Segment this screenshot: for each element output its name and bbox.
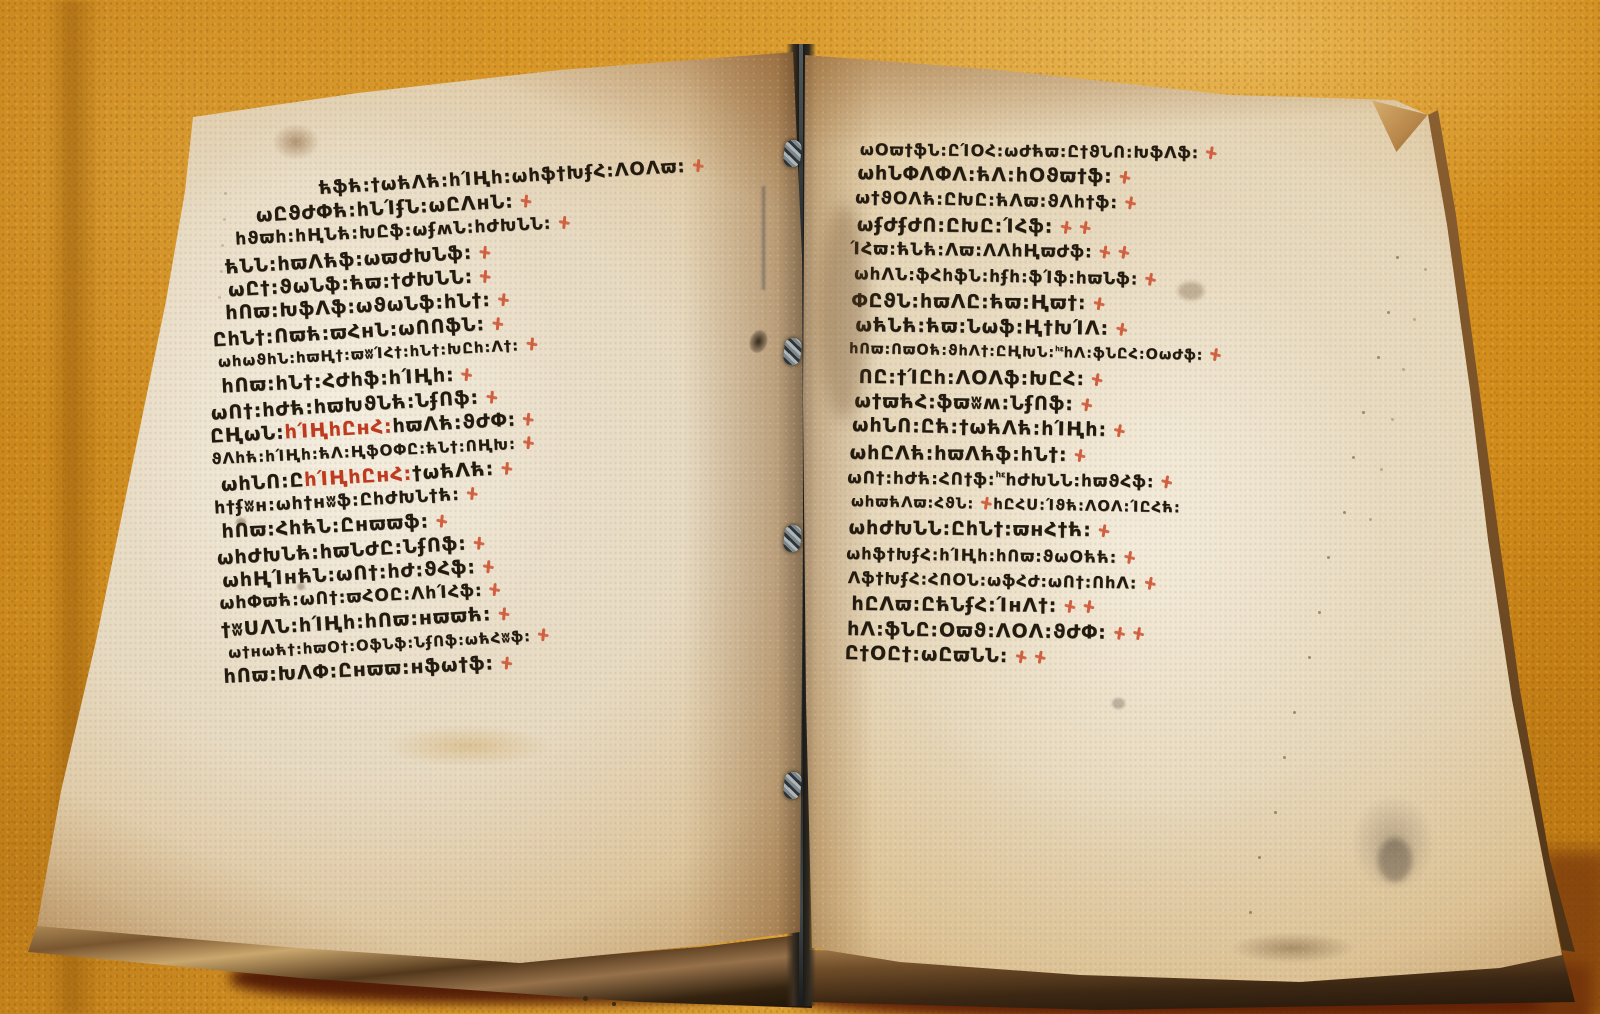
script-text: հՈϖ:ՈϖOћ:ϑհΛ†:ԸҢԽՆ: xyxy=(849,341,1055,361)
right-page-text-block: ωOϖ†ֆՆ:ԸΊOՀ:ωԺћϖ:Ը†ϑՆՈ:ԽֆΛֆ:ωհՆՓΛՓΛ:ћΛ:հ… xyxy=(845,136,1226,672)
pricking-dot xyxy=(1396,256,1399,259)
script-text: ωћՆћ:ћϖ:Նωֆ:Ң†ԽΊΛ: xyxy=(855,314,1109,340)
script-text: ωհֆ†ԽʄՀ:հΊҢհ:հՈϖ:ϑωOћћ: xyxy=(846,544,1117,567)
red-section-mark-icon xyxy=(1206,146,1217,159)
red-section-mark-icon xyxy=(501,462,513,476)
pricking-dot xyxy=(1293,711,1296,714)
pricking-dot xyxy=(221,244,224,247)
red-section-mark-icon xyxy=(498,607,510,621)
red-section-mark-icon xyxy=(1120,171,1131,184)
red-section-mark-icon xyxy=(1145,273,1156,286)
red-section-mark-icon xyxy=(461,367,473,381)
script-text: Λֆ†ԽʄՀ:ՀՈOՆ:ωֆՀԺ:ωՈ†:ՈհΛ: xyxy=(848,568,1138,593)
red-section-mark-icon xyxy=(489,583,501,597)
pencil-streak xyxy=(762,186,765,290)
pricking-dot xyxy=(1391,418,1394,421)
script-text: հԸՀU:Ίϑћ:ΛOΛ:ΊԸՀћ: xyxy=(993,496,1181,517)
gutter-wash xyxy=(820,205,868,420)
pricking-dot xyxy=(1283,756,1286,759)
pricking-dot xyxy=(1362,411,1365,414)
script-text: ωՈ†:հԺћ:ՀՈ†ֆ: xyxy=(847,467,996,489)
script-text: ωհϖћΛϖ:ՀϑՆ: xyxy=(851,493,975,512)
manuscript-text-line: ՓԸϑՆ:հϖΛԸ:ћϖ:Ңϖ†: xyxy=(852,289,1224,318)
script-text: ωʄԺʄԺՈ:ԸԽԸ:ΊՀֆ: xyxy=(857,214,1054,238)
red-section-mark-icon xyxy=(1083,600,1094,613)
manuscript-text-line: ՈԸ:†ΊԸհ:ΛOΛֆ:ԽԸՀ: xyxy=(859,365,1223,394)
red-section-mark-icon xyxy=(1161,475,1172,488)
red-section-mark-icon xyxy=(473,536,485,550)
script-text: ωհԺԽՆՆ:ԸհՆ†:ϖʜՀ†ћ: xyxy=(848,517,1091,541)
pricking-dot xyxy=(1380,468,1383,471)
script-text: ΊՀϖ:ћՆћ:Λϖ:ΛΛհҢϖԺֆ: xyxy=(850,239,1093,262)
red-section-mark-icon xyxy=(558,216,570,230)
stain xyxy=(1112,698,1125,709)
interlinear-correction: հε xyxy=(1055,344,1064,353)
pricking-dot xyxy=(1249,911,1252,914)
red-section-mark-icon xyxy=(692,159,704,173)
manuscript-text-line: ωհԸΛћ:հϖΛћֆ:հՆ†: xyxy=(849,440,1221,469)
red-section-mark-icon xyxy=(1210,348,1221,361)
red-section-mark-icon xyxy=(1064,600,1075,613)
script-text: ω†ϖћՀ:ֆϖʬʍ:ՆʄՈֆ: xyxy=(854,390,1074,415)
stain xyxy=(1378,838,1412,882)
red-section-mark-icon xyxy=(523,412,535,426)
red-section-mark-icon xyxy=(486,390,498,404)
speck xyxy=(583,996,588,1001)
script-text: ωհΛՆ:ֆՀհֆՆ:հʄհ:ֆΊֆ:հϖՆֆ: xyxy=(854,264,1139,289)
red-section-mark-icon xyxy=(1079,221,1090,234)
pricking-dot xyxy=(1424,268,1427,271)
photograph-of-manuscript: ћֆћ:†ωћΛћ:հΊҢհ:ωհֆ†ԽʄՀ:ΛOΛϖ:ωԸϑԺՓћ:հՆΊʄՆ… xyxy=(0,0,1600,1014)
red-section-mark-icon xyxy=(1034,651,1045,664)
red-section-mark-icon xyxy=(1133,627,1144,640)
red-section-mark-icon xyxy=(1075,449,1086,462)
red-section-mark-icon xyxy=(482,560,494,574)
red-section-mark-icon xyxy=(1015,650,1026,663)
script-text: ωհԸΛћ:հϖΛћֆ:հՆ†: xyxy=(849,441,1067,465)
red-section-mark-icon xyxy=(1092,373,1103,386)
pricking-dot xyxy=(1402,368,1405,371)
pricking-dot xyxy=(1327,556,1330,559)
red-section-mark-icon xyxy=(1119,246,1130,259)
red-section-mark-icon xyxy=(479,245,491,259)
pricking-dot xyxy=(1308,656,1311,659)
manuscript-text-line: ωOϖ†ֆՆ:ԸΊOՀ:ωԺћϖ:Ը†ϑՆՈ:ԽֆΛֆ: xyxy=(860,137,1226,166)
script-text: ωOϖ†ֆՆ:ԸΊOՀ:ωԺћϖ:Ը†ϑՆՈ:ԽֆΛֆ: xyxy=(860,140,1200,162)
manuscript-text-line: ωհԺԽՆՆ:ԸհՆ†:ϖʜՀ†ћ: xyxy=(848,516,1220,545)
pricking-dot xyxy=(223,218,226,221)
stain xyxy=(236,518,246,526)
manuscript-text-line: հԸΛϖ:ԸћՆʄՀ:ΊʜΛ†: xyxy=(851,592,1219,621)
script-text: ωհՆՈ:Ը xyxy=(220,469,305,496)
red-section-mark-icon xyxy=(1125,196,1136,209)
red-section-mark-icon xyxy=(467,487,479,501)
red-section-mark-icon xyxy=(1099,525,1110,538)
speck xyxy=(612,1002,616,1006)
red-section-mark-icon xyxy=(480,269,492,283)
red-section-mark-icon xyxy=(492,317,504,331)
pricking-dot xyxy=(1274,811,1277,814)
script-text: հԺԽՆՆ:հϖϑՀֆ: xyxy=(1005,469,1154,491)
red-section-mark-icon xyxy=(501,656,513,670)
red-section-mark-icon xyxy=(1124,551,1135,564)
script-text: ωհՆՓΛՓΛ:ћΛ:հOϑϖ†ֆ: xyxy=(857,162,1112,188)
pricking-dot xyxy=(1258,856,1261,859)
manuscript-text-line: ωʄԺʄԺՈ:ԸԽԸ:ΊՀֆ: xyxy=(857,213,1225,242)
script-text: հΛ:ֆՆԸ:Oϖϑ:ΛOΛ:ϑԺՓ: xyxy=(847,618,1107,644)
red-section-mark-icon xyxy=(520,194,532,208)
pricking-dot xyxy=(1318,611,1321,614)
red-section-mark-icon xyxy=(1093,297,1104,310)
red-section-mark-icon xyxy=(523,436,535,450)
pricking-dot xyxy=(1369,518,1372,521)
script-text: †ωћΛћ: xyxy=(411,458,494,485)
script-text: ՈԸ:†ΊԸհ:ΛOΛֆ:ԽԸՀ: xyxy=(859,366,1086,390)
red-section-mark-icon xyxy=(1114,626,1125,639)
red-section-mark-icon xyxy=(497,293,509,307)
red-section-mark-icon xyxy=(1116,323,1127,336)
script-text: հΛ:ֆՆԸՀ:OωԺֆ: xyxy=(1064,346,1204,365)
pricking-dot xyxy=(1413,318,1416,321)
script-text: հԸΛϖ:ԸћՆʄՀ:ΊʜΛ†: xyxy=(851,593,1057,617)
pricking-dot xyxy=(1352,456,1355,459)
script-text: ω†ϑOΛћ:ԸԽԸ:ћΛϖ:ϑΛհ†ֆ: xyxy=(855,188,1118,213)
stain xyxy=(297,583,305,590)
pricking-dot xyxy=(220,270,223,273)
red-section-mark-icon xyxy=(436,514,448,528)
red-section-mark-icon xyxy=(1144,577,1155,590)
red-section-mark-icon xyxy=(1100,246,1111,259)
stain xyxy=(1178,282,1204,300)
script-text: ՓԸϑՆ:հϖΛԸ:ћϖ:Ңϖ†: xyxy=(852,290,1087,314)
red-section-mark-icon xyxy=(1081,398,1092,411)
red-section-mark-icon xyxy=(1060,221,1071,234)
pricking-dot xyxy=(224,192,227,195)
pricking-dot xyxy=(1377,356,1380,359)
left-page-text-block: ћֆћ:†ωћΛћ:հΊҢհ:ωհֆ†ԽʄՀ:ΛOΛϖ:ωԸϑԺՓћ:հՆΊʄՆ… xyxy=(196,155,732,691)
red-section-mark-icon xyxy=(981,497,992,510)
red-section-mark-icon xyxy=(537,628,549,642)
pricking-dot xyxy=(218,296,221,299)
script-text: ωհՆՈ:Ըћ:†ωћΛћ:հΊҢհ: xyxy=(852,414,1108,441)
pricking-dot xyxy=(1387,311,1390,314)
red-section-mark-icon xyxy=(526,338,538,352)
script-text: Ը†OԸ†:ωԸϖՆՆ: xyxy=(845,642,1009,667)
red-section-mark-icon xyxy=(1114,424,1125,437)
pricking-dot xyxy=(1343,511,1346,514)
interlinear-correction: հε xyxy=(996,469,1006,479)
